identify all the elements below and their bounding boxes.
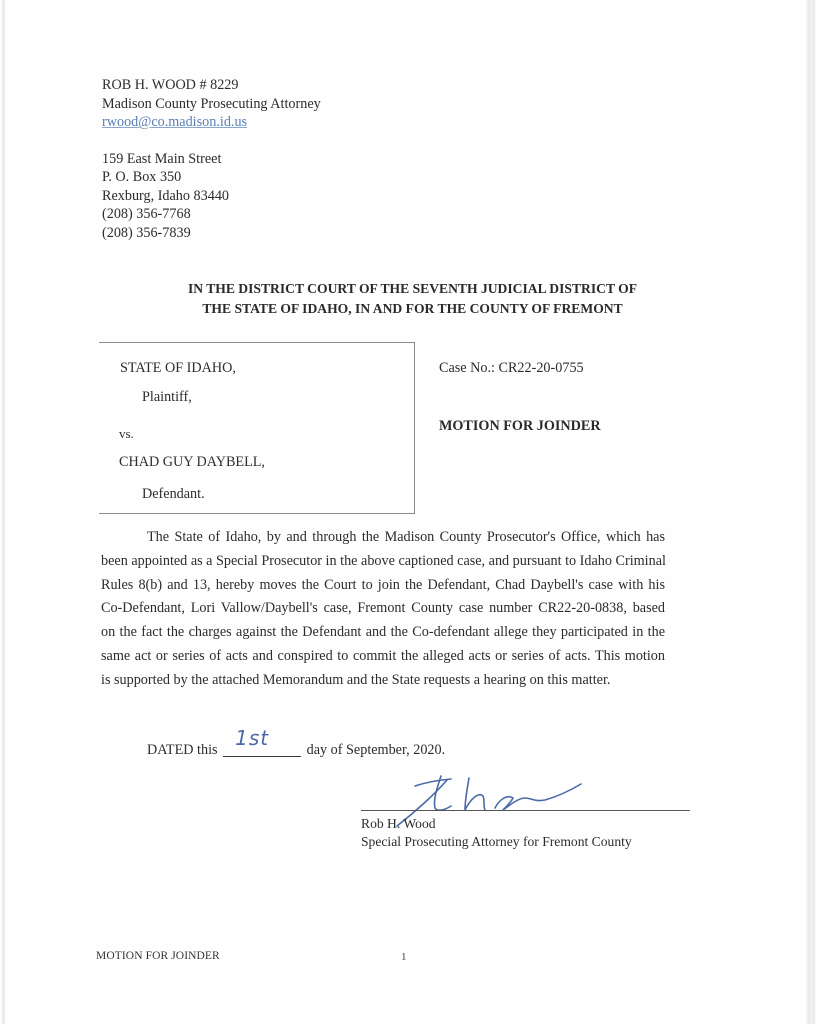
attorney-email-link[interactable]: rwood@co.madison.id.us [102, 114, 247, 130]
body-line: is supported by the attached Memorandum … [101, 669, 665, 693]
dated-suffix: day of September, 2020. [307, 742, 446, 758]
page-edge-right [806, 0, 816, 1024]
defendant-name: CHAD GUY DAYBELL, [119, 454, 265, 471]
date-blank: 1st [223, 740, 301, 757]
handwritten-day: 1st [235, 726, 269, 750]
plaintiff-name: STATE OF IDAHO, [120, 360, 236, 377]
defendant-role: Defendant. [142, 486, 205, 503]
body-line: The State of Idaho, by and through the M… [101, 526, 665, 550]
body-line: same act or series of acts and conspired… [101, 645, 665, 669]
footer-document-title: MOTION FOR JOINDER [96, 950, 220, 962]
body-line: Rules 8(b) and 13, hereby moves the Cour… [101, 574, 665, 598]
signer-title: Special Prosecuting Attorney for Fremont… [361, 834, 632, 850]
attorney-header: ROB H. WOOD # 8229 Madison County Prosec… [102, 76, 321, 242]
dated-prefix: DATED this [147, 742, 218, 758]
attorney-name: ROB H. WOOD # 8229 [102, 76, 321, 95]
motion-body: The State of Idaho, by and through the M… [101, 526, 665, 693]
body-line: on the fact the charges against the Defe… [101, 621, 665, 645]
document-title: MOTION FOR JOINDER [439, 418, 601, 435]
phone-line: (208) 356-7768 [102, 205, 321, 224]
body-line: Co-Defendant, Lori Vallow/Daybell's case… [101, 597, 665, 621]
footer-page-number: 1 [401, 951, 407, 963]
document-page: ROB H. WOOD # 8229 Madison County Prosec… [0, 0, 821, 1024]
court-title-line: IN THE DISTRICT COURT OF THE SEVENTH JUD… [130, 279, 695, 299]
signer-name: Rob H. Wood [361, 816, 436, 832]
signature-line [361, 810, 690, 811]
phone-line: (208) 356-7839 [102, 224, 321, 243]
body-line: been appointed as a Special Prosecutor i… [101, 550, 665, 574]
court-title: IN THE DISTRICT COURT OF THE SEVENTH JUD… [130, 279, 695, 318]
dated-line: DATED this 1st day of September, 2020. [147, 740, 445, 759]
address-line: 159 East Main Street [102, 150, 321, 169]
address-line: P. O. Box 350 [102, 168, 321, 187]
case-number: Case No.: CR22-20-0755 [439, 360, 584, 377]
versus-label: vs. [119, 426, 134, 442]
address-line: Rexburg, Idaho 83440 [102, 187, 321, 206]
page-edge-left [2, 0, 5, 1024]
attorney-title: Madison County Prosecuting Attorney [102, 95, 321, 114]
plaintiff-role: Plaintiff, [142, 389, 192, 406]
court-title-line: THE STATE OF IDAHO, IN AND FOR THE COUNT… [130, 299, 695, 319]
